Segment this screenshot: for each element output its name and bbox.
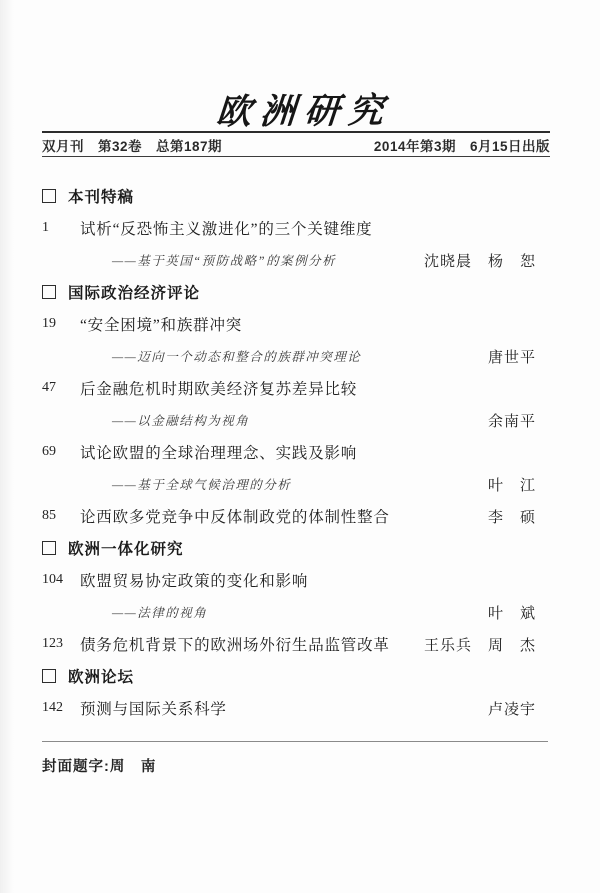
toc-article-row: 104 欧盟贸易协定政策的变化和影响	[42, 564, 552, 596]
article-title: 后金融危机时期欧美经济复苏差异比较	[80, 377, 357, 399]
section-label: 本刊特稿	[68, 185, 134, 207]
toc-article-row: 142 预测与国际关系科学 卢凌宇	[42, 692, 552, 724]
article-subtitle-row: ——基于英国“预防战略”的案例分析 沈晓晨 杨 恕	[42, 244, 552, 276]
article-subtitle-row: ——迈向一个动态和整合的族群冲突理论 唐世平	[42, 340, 552, 372]
article-page-number: 1	[42, 220, 80, 236]
toc-section-row: 欧洲论坛	[42, 660, 552, 692]
toc-article-row: 47 后金融危机时期欧美经济复苏差异比较	[42, 372, 552, 404]
article-authors: 唐世平	[488, 346, 552, 367]
article-page-number: 47	[42, 380, 80, 396]
article-authors: 叶 斌	[488, 602, 552, 623]
cover-calligraphy-note: 封面题字:周 南	[42, 755, 156, 776]
article-subtitle-row: ——以金融结构为视角 余南平	[42, 404, 552, 436]
issue-info-left: 双月刊 第32卷 总第187期	[42, 135, 222, 155]
section-square-icon	[42, 285, 56, 299]
article-authors: 余南平	[488, 410, 552, 431]
issue-info-bar: 双月刊 第32卷 总第187期 2014年第3期 6月15日出版	[42, 131, 550, 157]
toc-section-row: 欧洲一体化研究	[42, 532, 552, 564]
toc-section-row: 本刊特稿	[42, 180, 552, 212]
article-page-number: 19	[42, 316, 80, 332]
toc-section-row: 国际政治经济评论	[42, 276, 552, 308]
article-authors: 沈晓晨 杨 恕	[424, 250, 552, 271]
section-square-icon	[42, 189, 56, 203]
toc-article-row: 123 债务危机背景下的欧洲场外衍生品监管改革 王乐兵 周 杰	[42, 628, 552, 660]
article-authors: 叶 江	[488, 474, 552, 495]
section-square-icon	[42, 541, 56, 555]
toc-article-row: 19 “安全困境”和族群冲突	[42, 308, 552, 340]
footer-divider	[42, 741, 548, 742]
toc-list: 本刊特稿 1 试析“反恐怖主义激进化”的三个关键维度 ——基于英国“预防战略”的…	[42, 180, 552, 724]
article-title: 预测与国际关系科学	[80, 697, 227, 719]
article-title: 试析“反恐怖主义激进化”的三个关键维度	[80, 217, 372, 239]
article-title: 欧盟贸易协定政策的变化和影响	[80, 569, 308, 591]
article-authors-inline: 王乐兵 周 杰	[424, 634, 552, 655]
article-subtitle: ——以金融结构为视角	[112, 411, 249, 429]
journal-toc-page: 欧洲研究 双月刊 第32卷 总第187期 2014年第3期 6月15日出版 本刊…	[0, 0, 600, 893]
article-title: “安全困境”和族群冲突	[80, 313, 242, 335]
article-authors-inline: 李 硕	[488, 506, 552, 527]
toc-article-row: 1 试析“反恐怖主义激进化”的三个关键维度	[42, 212, 552, 244]
section-square-icon	[42, 669, 56, 683]
section-label: 欧洲一体化研究	[68, 537, 184, 559]
toc-article-row: 69 试论欧盟的全球治理理念、实践及影响	[42, 436, 552, 468]
article-title: 债务危机背景下的欧洲场外衍生品监管改革	[80, 633, 390, 655]
article-subtitle: ——基于全球气候治理的分析	[112, 475, 291, 493]
article-subtitle: ——法律的视角	[112, 603, 207, 621]
section-label: 国际政治经济评论	[68, 281, 200, 303]
toc-article-row: 85 论西欧多党竞争中反体制政党的体制性整合 李 硕	[42, 500, 552, 532]
article-authors-inline: 卢凌宇	[488, 698, 552, 719]
issue-info-right: 2014年第3期 6月15日出版	[374, 135, 550, 155]
section-label: 欧洲论坛	[68, 665, 134, 687]
article-page-number: 104	[42, 572, 80, 588]
article-page-number: 69	[42, 444, 80, 460]
article-page-number: 123	[42, 636, 80, 652]
article-subtitle-row: ——法律的视角 叶 斌	[42, 596, 552, 628]
journal-title: 欧洲研究	[0, 81, 600, 136]
article-title: 论西欧多党竞争中反体制政党的体制性整合	[80, 505, 390, 527]
article-title: 试论欧盟的全球治理理念、实践及影响	[80, 441, 357, 463]
article-subtitle-row: ——基于全球气候治理的分析 叶 江	[42, 468, 552, 500]
article-subtitle: ——迈向一个动态和整合的族群冲突理论	[112, 347, 361, 365]
article-page-number: 85	[42, 508, 80, 524]
article-subtitle: ——基于英国“预防战略”的案例分析	[112, 251, 336, 269]
article-page-number: 142	[42, 700, 80, 716]
